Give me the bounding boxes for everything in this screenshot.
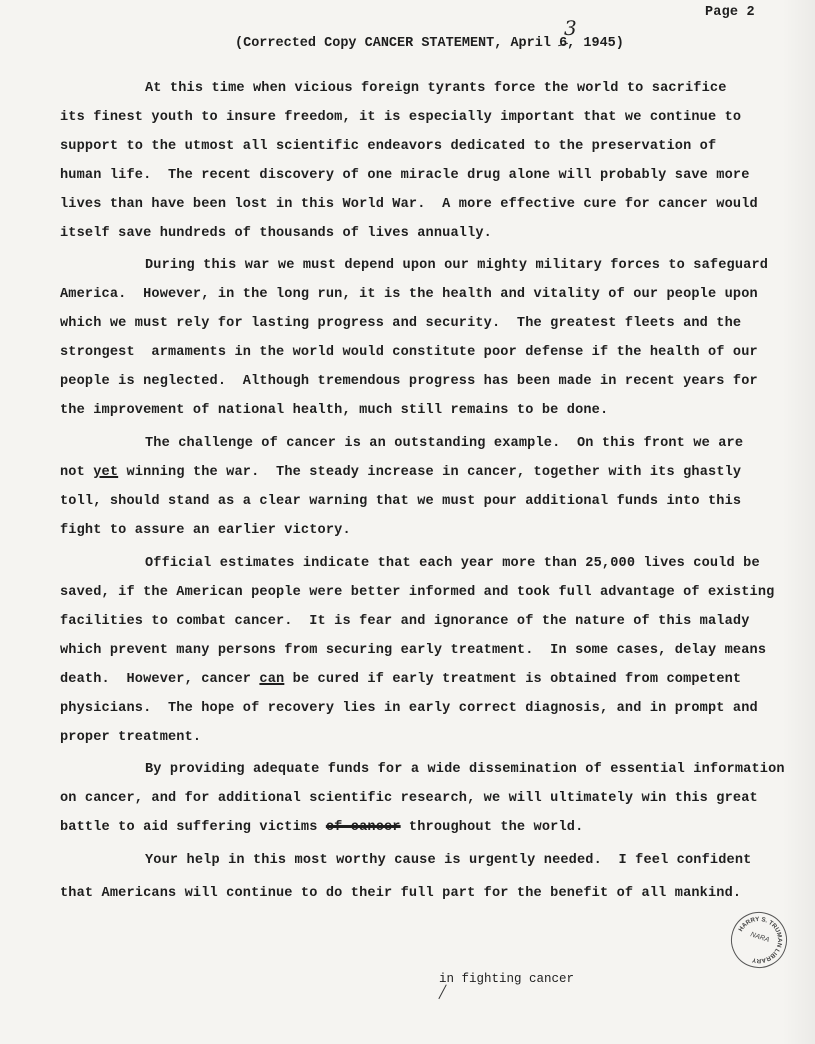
text-line: America. However, in the long run, it is… [60,287,758,302]
archive-stamp-icon: HARRY S. TRUMAN LIBRARY NARA [724,905,795,976]
text-line: on cancer, and for additional scientific… [60,791,758,806]
text-line: battle to aid suffering victims of cance… [60,820,583,835]
underlined-word: can [259,672,284,687]
struck-out-words: of cancer [326,820,401,835]
inserted-correction: in fighting cancer [439,972,574,986]
text-line: strongest armaments in the world would c… [60,345,758,360]
text-line: During this war we must depend upon our … [145,258,768,273]
text-line: support to the utmost all scientific end… [60,139,716,154]
text-line: human life. The recent discovery of one … [60,168,750,183]
header-title: CANCER STATEMENT [365,36,495,51]
text-line: death. However, cancer can be cured if e… [60,672,741,687]
text-segment: be cured if early treatment is obtained … [284,672,741,687]
text-line: The challenge of cancer is an outstandin… [145,436,743,451]
text-segment: death. However, cancer [60,672,259,687]
text-line: proper treatment. [60,730,201,745]
text-line: which we must rely for lasting progress … [60,316,741,331]
text-segment: battle to aid suffering victims [60,820,326,835]
text-line: toll, should stand as a clear warning th… [60,494,741,509]
text-segment: throughout the world. [401,820,584,835]
underlined-word: yet [93,465,118,480]
text-line: the improvement of national health, much… [60,403,608,418]
text-line: which prevent many persons from securing… [60,643,766,658]
text-line: By providing adequate funds for a wide d… [145,762,785,777]
header-prefix: (Corrected Copy [235,36,365,51]
header-date-pre: , April [494,36,559,51]
document-page: Page 2 (Corrected Copy CANCER STATEMENT,… [0,0,815,1044]
text-line: Official estimates indicate that each ye… [145,556,760,571]
page-number: Page 2 [705,5,755,20]
text-line: facilities to combat cancer. It is fear … [60,614,750,629]
text-line: lives than have been lost in this World … [60,197,758,212]
text-segment: not [60,465,93,480]
text-line: At this time when vicious foreign tyrant… [145,81,727,96]
text-segment: winning the war. The steady increase in … [118,465,741,480]
handwritten-day-correction: 3 [564,16,577,40]
text-line: itself save hundreds of thousands of liv… [60,226,492,241]
text-line: fight to assure an earlier victory. [60,523,351,538]
text-line: physicians. The hope of recovery lies in… [60,701,758,716]
text-line: saved, if the American people were bette… [60,585,774,600]
text-line: Your help in this most worthy cause is u… [145,853,751,868]
insertion-mark-icon [438,984,447,999]
text-line: its finest youth to insure freedom, it i… [60,110,741,125]
text-line: people is neglected. Although tremendous… [60,374,758,389]
text-line: that Americans will continue to do their… [60,886,741,901]
text-line: not yet winning the war. The steady incr… [60,465,741,480]
